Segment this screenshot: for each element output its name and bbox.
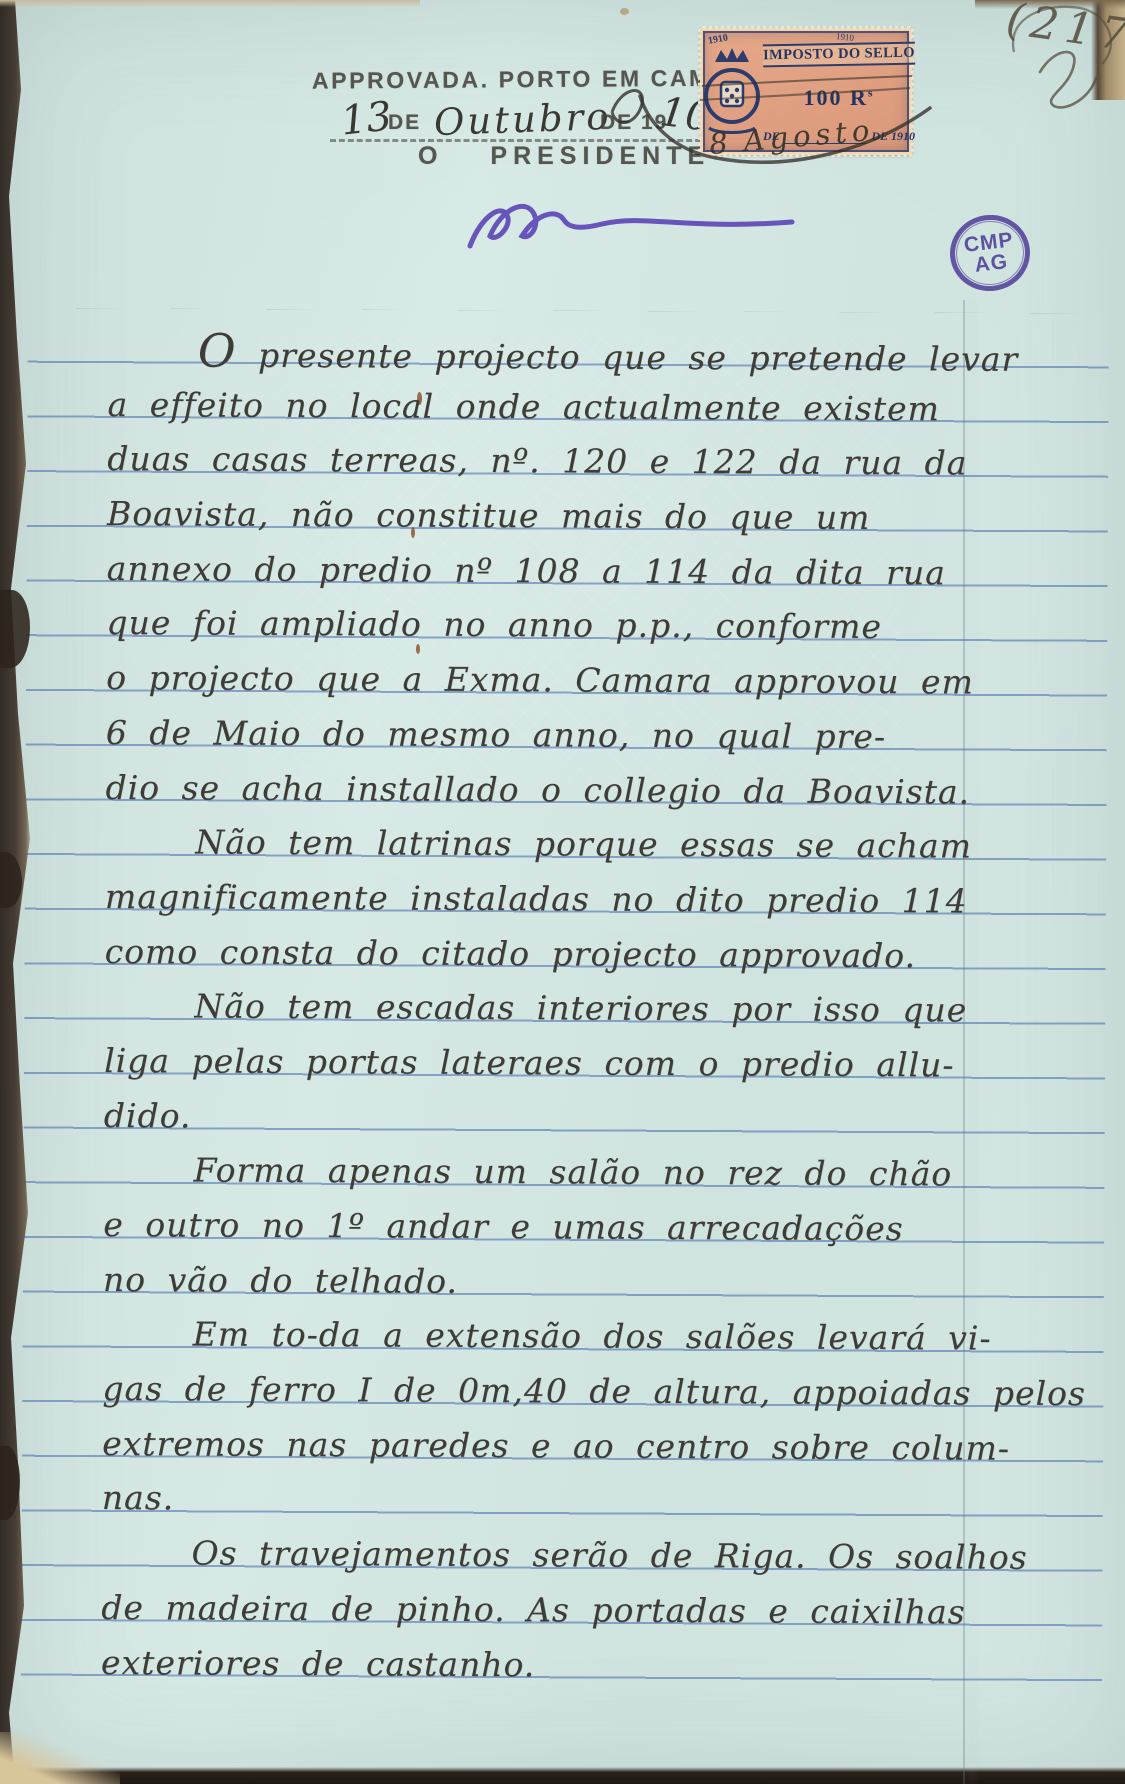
paper-edge-bottom	[0, 1767, 1125, 1784]
manuscript-line: Não tem latrinas porque essas se acham	[105, 815, 1005, 874]
manuscript-line: extremos nas paredes e ao centro sobre c…	[102, 1417, 1002, 1476]
manuscript-line: Boavista, não constitue mais do que um	[107, 487, 1007, 546]
manuscript-line: magnificamente instaladas no dito predio…	[105, 870, 1005, 929]
paper-corner-bottom-left	[0, 1732, 120, 1784]
manuscript-line: Em to-da a extensão dos salões levará vi…	[103, 1307, 1003, 1366]
manuscript-line: de madeira de pinho. As portadas e caixi…	[101, 1581, 1001, 1640]
manuscript-line: dio se acha installado o collegio da Boa…	[105, 760, 1005, 819]
manuscript-line: que foi ampliado no anno p.p., conforme	[106, 596, 1006, 655]
manuscript-line: como consta do citado projecto approvado…	[105, 925, 1005, 984]
revenue-stamp: 1910 1910 IMPOSTO DO SELLO 100 Rs DE	[700, 28, 912, 155]
manuscript-line: exteriores de castanho.	[101, 1635, 1001, 1694]
revenue-stamp-year-small: 1910	[835, 31, 854, 43]
manuscript-line: Não tem escadas interiores por isso que	[104, 979, 1004, 1038]
document-page: APPROVADA. PORTO EM CAMARA, 13 DE Outubr…	[0, 0, 1125, 1784]
manuscript-line: 6 de Maio do mesmo anno, no qual pre-	[106, 706, 1006, 765]
approval-date-day: 13	[339, 93, 394, 144]
revenue-stamp-title: IMPOSTO DO SELLO	[763, 42, 915, 68]
manuscript-line: liga pelas portas lateraes com o predio …	[104, 1034, 1004, 1093]
torn-edge-blob	[0, 590, 30, 668]
cmp-ag-stamp-line1: CMP	[963, 229, 1015, 256]
cmp-ag-stamp-line2: AG	[973, 251, 1009, 276]
page-number-annotation: (217)	[1003, 0, 1125, 65]
manuscript-line: dido.	[104, 1089, 1004, 1148]
manuscript-line: annexo do predio nº 108 a 114 da dita ru…	[107, 542, 1007, 601]
approval-date-de: DE	[388, 111, 421, 135]
manuscript-line: O presente projecto que se pretende leva…	[108, 323, 1008, 382]
president-signature	[452, 186, 812, 264]
manuscript-text: O presente projecto que se pretende leva…	[101, 323, 1008, 1695]
manuscript-line: gas de ferro I de 0m,40 de altura, appoi…	[102, 1362, 1002, 1421]
manuscript-line: no vão do telhado.	[103, 1253, 1003, 1312]
cmp-ag-stamp: CMP AG	[946, 210, 1035, 295]
manuscript-line: e outro no 1º andar e umas arrecadações	[103, 1198, 1003, 1257]
clerk-paraph-mark	[1040, 52, 1096, 107]
president-label: O PRESIDENTE	[418, 142, 710, 171]
manuscript-line: a effeito no local onde actualmente exis…	[107, 378, 1007, 437]
manuscript-line: Os travejamentos serão de Riga. Os soalh…	[101, 1526, 1001, 1585]
manuscript-line: o projecto que a Exma. Camara approvou e…	[106, 651, 1006, 710]
manuscript-line: Forma apenas um salão no rez do chão	[103, 1143, 1003, 1202]
paper-edge-top	[0, 0, 420, 7]
revenue-stamp-value: 100 Rs	[763, 85, 915, 111]
manuscript-line: duas casas terreas, nº. 120 e 122 da rua…	[107, 432, 1007, 491]
paper-stain	[620, 8, 629, 15]
manuscript-line: nas.	[102, 1471, 1002, 1530]
approval-date-month: Outubro	[433, 95, 612, 144]
